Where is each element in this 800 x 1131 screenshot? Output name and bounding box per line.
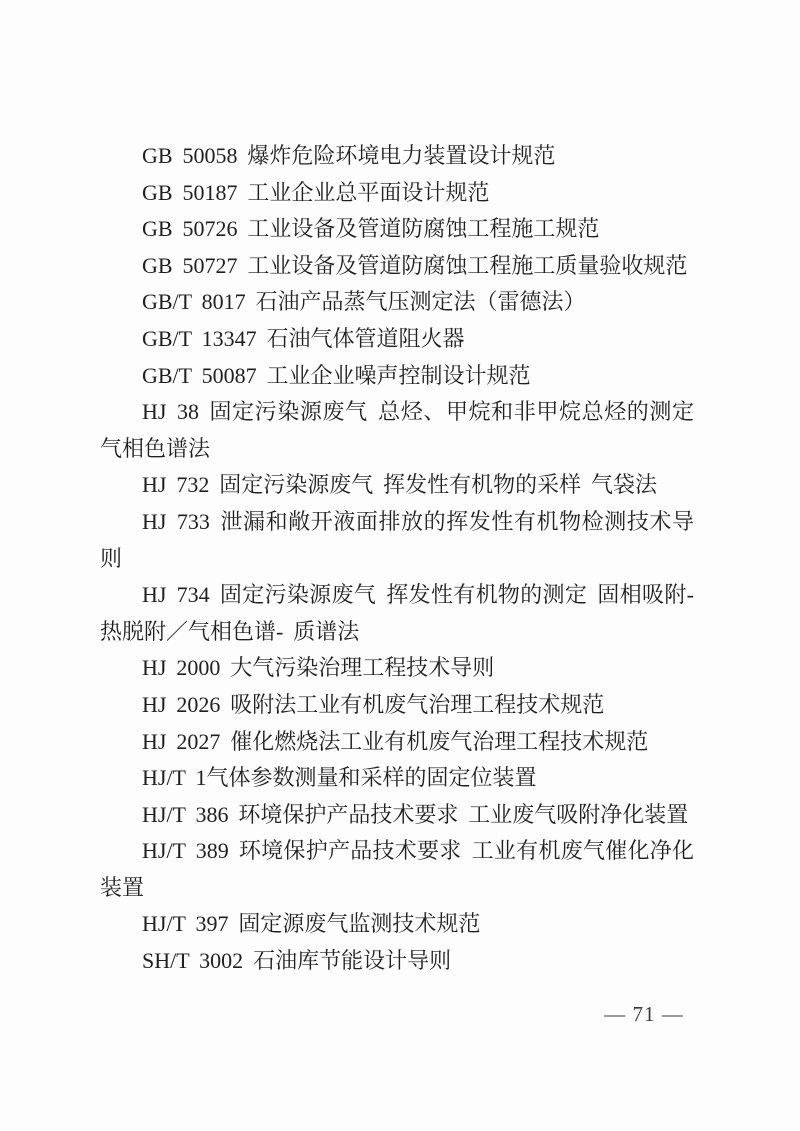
standard-item: GB/T 8017 石油产品蒸气压测定法（雷德法） (100, 284, 694, 321)
document-page: GB 50058 爆炸危险环境电力装置设计规范 GB 50187 工业企业总平面… (0, 0, 800, 1131)
standard-item: HJ 2026 吸附法工业有机废气治理工程技术规范 (100, 687, 694, 724)
standard-item: HJ 2027 催化燃烧法工业有机废气治理工程技术规范 (100, 724, 694, 761)
standard-item: GB 50727 工业设备及管道防腐蚀工程施工质量验收规范 (100, 248, 694, 285)
standard-item: GB/T 50087 工业企业噪声控制设计规范 (100, 358, 694, 395)
standard-item: HJ 38 固定污染源废气 总烃、甲烷和非甲烷总烃的测定 气相色谱法 (100, 394, 694, 467)
standard-item: HJ/T 1气体参数测量和采样的固定位装置 (100, 760, 694, 797)
standard-item: HJ 734 固定污染源废气 挥发性有机物的测定 固相吸附-热脱附／气相色谱- … (100, 577, 694, 650)
standard-item: HJ 2000 大气污染治理工程技术导则 (100, 650, 694, 687)
standard-item: GB 50187 工业企业总平面设计规范 (100, 175, 694, 212)
standard-item: GB 50058 爆炸危险环境电力装置设计规范 (100, 138, 694, 175)
standard-item: GB 50726 工业设备及管道防腐蚀工程施工规范 (100, 211, 694, 248)
standards-list: GB 50058 爆炸危险环境电力装置设计规范 GB 50187 工业企业总平面… (100, 138, 694, 980)
standard-item: GB/T 13347 石油气体管道阻火器 (100, 321, 694, 358)
standard-item: HJ/T 397 固定源废气监测技术规范 (100, 906, 694, 943)
standard-item: HJ/T 386 环境保护产品技术要求 工业废气吸附净化装置 (100, 797, 694, 834)
standard-item: HJ 733 泄漏和敞开液面排放的挥发性有机物检测技术导则 (100, 504, 694, 577)
standard-item: HJ/T 389 环境保护产品技术要求 工业有机废气催化净化装置 (100, 833, 694, 906)
standard-item: SH/T 3002 石油库节能设计导则 (100, 943, 694, 980)
standard-item: HJ 732 固定污染源废气 挥发性有机物的采样 气袋法 (100, 467, 694, 504)
page-number: — 71 — (592, 1002, 696, 1027)
